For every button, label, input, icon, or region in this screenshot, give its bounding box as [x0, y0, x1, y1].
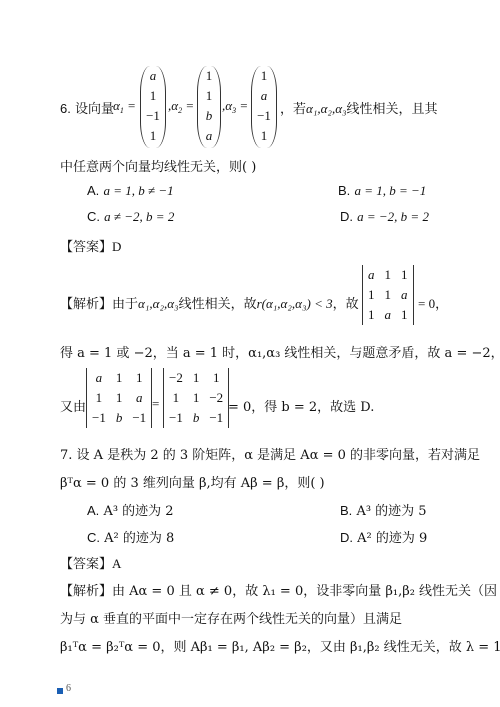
analysis-tag: 【解析】: [60, 297, 112, 312]
option-text: A³ 的迹为 5: [356, 504, 426, 519]
vector-alpha1: a 1 −1 1: [140, 66, 166, 148]
entry: 1: [141, 86, 165, 106]
q7-answer: 【答案】A: [60, 553, 121, 572]
q7-option-d: D. A² 的迹为 9: [340, 527, 427, 546]
option-label: D.: [340, 530, 353, 545]
answer-tag: 【答案】: [60, 240, 112, 255]
text: 线性相关，且其: [347, 102, 438, 117]
equals-sign: =: [152, 396, 159, 412]
q6-analysis-line3-prefix: 又由: [60, 396, 86, 415]
q6-stem: 6. 设向量: [60, 98, 114, 117]
entry: −1: [141, 106, 165, 126]
q6-analysis-line3-suffix: = 0，得 b = 2，故选 D.: [228, 396, 374, 415]
text: ，若: [280, 102, 306, 117]
q7-option-c: C. A² 的迹为 8: [87, 527, 174, 546]
math: α₁,α₂,α₃: [138, 296, 179, 311]
answer-value: A: [112, 556, 121, 571]
entry: b: [198, 106, 220, 126]
determinant-2: a11 11a −1b−1: [86, 368, 152, 428]
option-label: A.: [87, 183, 99, 198]
q7-stem-line1: 7. 设 A 是秩为 2 的 3 阶矩阵，α 是满足 Aα = 0 的非零向量，…: [60, 444, 480, 463]
vector-label-3: ,α3 =: [222, 98, 248, 115]
q6-option-d: D. a = −2, b = 2: [340, 209, 429, 225]
q7-option-a: A. A³ 的迹为 2: [87, 500, 174, 519]
math: r(α₁,α₂,α₃) < 3: [257, 296, 333, 311]
q6-condition: ，若α₁,α₂,α₃线性相关，且其: [280, 98, 438, 117]
q6-analysis-line2: 得 a = 1 或 −2，当 a = 1 时，α₁,α₃ 线性相关，与题意矛盾，…: [60, 342, 500, 361]
q6-stem-line2: 中任意两个向量均线性无关，则( ): [60, 156, 256, 175]
entry: 1: [252, 126, 276, 146]
option-label: A.: [87, 503, 99, 518]
q6-option-c: C. a ≠ −2, b = 2: [87, 209, 174, 225]
option-text: a ≠ −2, b = 2: [104, 209, 174, 224]
option-text: A² 的迹为 8: [104, 531, 174, 546]
entry: a: [252, 86, 276, 106]
det1-equals: = 0，: [418, 293, 448, 312]
determinant-1: a11 11a 1a1: [362, 265, 414, 325]
option-text: a = 1, b ≠ −1: [103, 183, 173, 198]
q7-analysis-line1: 【解析】由 Aα = 0 且 α ≠ 0，故 λ₁ = 0，设非零向量 β₁,β…: [60, 580, 497, 599]
vector-alpha2: 1 1 b a: [197, 66, 221, 148]
text: 由于: [112, 297, 138, 312]
entry: 1: [198, 66, 220, 86]
entry: 1: [198, 86, 220, 106]
option-text: A³ 的迹为 2: [103, 504, 173, 519]
option-label: C.: [87, 209, 100, 224]
answer-value: D: [112, 239, 121, 254]
option-label: D.: [340, 209, 353, 224]
vector-label-1: α1 =: [113, 98, 136, 115]
q6-number: 6.: [60, 101, 71, 116]
text: ，故: [333, 297, 359, 312]
option-text: a = −2, b = 2: [357, 209, 429, 224]
math: α₁,α₂,α₃: [306, 101, 347, 116]
determinant-3: −211 11−2 −1b−1: [163, 368, 229, 428]
option-text: A² 的迹为 9: [357, 531, 427, 546]
option-text: a = 1, b = −1: [354, 183, 426, 198]
text: 线性相关，故: [179, 297, 257, 312]
q7-stem-line2: βᵀα = 0 的 3 维列向量 β,均有 Aβ = β，则( ): [60, 472, 325, 491]
option-label: B.: [340, 503, 352, 518]
answer-tag: 【答案】: [60, 557, 112, 572]
option-label: C.: [87, 530, 100, 545]
q6-intro: 设向量: [75, 102, 114, 117]
q6-option-b: B. a = 1, b = −1: [338, 183, 426, 199]
q6-option-a: A. a = 1, b ≠ −1: [87, 183, 174, 199]
q6-answer: 【答案】D: [60, 236, 121, 255]
vector-label-2: ,α2 =: [168, 98, 194, 115]
q7-analysis-line3: β₁ᵀα = β₂ᵀα = 0，则 Aβ₁ = β₁, Aβ₂ = β₂，又由 …: [60, 636, 500, 655]
q6-analysis-line1: 【解析】由于α₁,α₂,α₃线性相关，故r(α₁,α₂,α₃) < 3，故: [60, 293, 359, 312]
entry: a: [141, 66, 165, 86]
vector-alpha3: 1 a −1 1: [251, 66, 277, 148]
entry: −1: [252, 106, 276, 126]
q7-option-b: B. A³ 的迹为 5: [340, 500, 427, 519]
q7-analysis-line2: 为与 α 垂直的平面中一定存在两个线性无关的向量）且满足: [60, 608, 402, 627]
entry: a: [198, 126, 220, 146]
page-number: 6: [66, 683, 71, 694]
entry: 1: [141, 126, 165, 146]
page-marker-icon: [57, 688, 63, 694]
entry: 1: [252, 66, 276, 86]
option-label: B.: [338, 183, 350, 198]
